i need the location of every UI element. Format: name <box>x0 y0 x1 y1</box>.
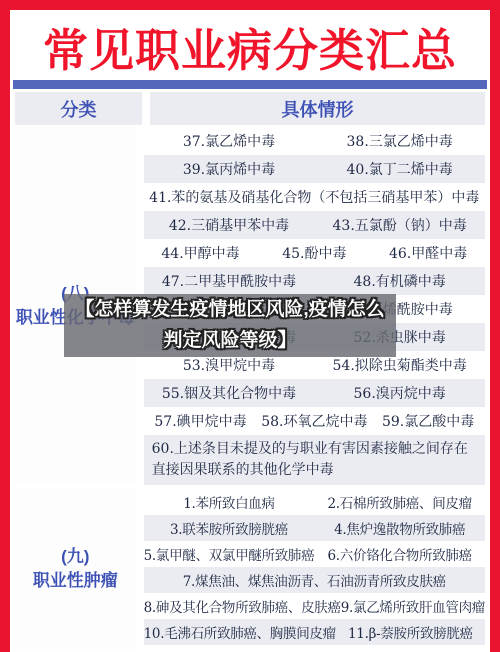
table-row: 37.氯乙烯中毒 38.三氯乙烯中毒 <box>144 127 485 155</box>
disease-item: 9.氯乙烯所致肝血管肉瘤 <box>341 596 485 616</box>
disease-item: 46.甲醛中毒 <box>371 243 485 263</box>
title-divider <box>13 80 487 89</box>
category-name: 职业性肿瘤 <box>33 569 118 593</box>
disease-item: 42.三硝基甲苯中毒 <box>144 215 315 235</box>
column-header-category: 分类 <box>15 92 142 125</box>
table-row: 42.三硝基甲苯中毒 43.五氯酚（钠）中毒 <box>144 211 485 239</box>
category-column: (八) 职业性化学中毒 (九) 职业性肿瘤 <box>15 127 136 649</box>
disease-item: 48.有机磷中毒 <box>314 271 485 291</box>
table-row: 5.氯甲醚、双氯甲醚所致肺癌 6.六价铬化合物所致肺癌 <box>144 541 485 567</box>
watermark-overlay: 【怎样算发生疫情地区风险,疫情怎么 判定风险等级】 <box>64 294 396 357</box>
disease-item: 7.煤焦油、煤焦油沥青、石油沥青所致皮肤癌 <box>144 570 485 590</box>
details-column: 37.氯乙烯中毒 38.三氯乙烯中毒 39.氯丙烯中毒 40.氯丁二烯中毒 41… <box>144 127 485 649</box>
table-row: 7.煤焦油、煤焦油沥青、石油沥青所致皮肤癌 <box>144 567 485 593</box>
category-number: (九) <box>61 545 89 569</box>
disease-item: 47.二甲基甲酰胺中毒 <box>144 271 315 291</box>
disease-item: 38.三氯乙烯中毒 <box>314 131 485 151</box>
disease-item: 4.焦炉逸散物所致肺癌 <box>314 518 485 538</box>
table-row: 1.苯所致白血病 2.石棉所致肺癌、间皮瘤 <box>144 489 485 515</box>
table-row: 55.铟及其化合物中毒 56.溴丙烷中毒 <box>144 379 485 407</box>
table-row: 60.上述条目未提及的与职业有害因素接触之间存在直接因果联系的其他化学中毒 <box>144 435 485 485</box>
disease-item: 56.溴丙烷中毒 <box>314 383 485 403</box>
table-row: 39.氯丙烯中毒 40.氯丁二烯中毒 <box>144 155 485 183</box>
disease-item: 1.苯所致白血病 <box>144 492 315 512</box>
disease-item: 41.苯的氨基及硝基化合物（不包括三硝基甲苯）中毒 <box>144 187 485 207</box>
watermark-line1: 【怎样算发生疫情地区风险,疫情怎么 <box>64 294 396 325</box>
table-row: 41.苯的氨基及硝基化合物（不包括三硝基甲苯）中毒 <box>144 183 485 211</box>
category-cell-9: (九) 职业性肿瘤 <box>15 489 136 649</box>
disease-item: 39.氯丙烯中毒 <box>144 159 315 179</box>
table-row: 8.砷及其化合物所致肺癌、皮肤癌 9.氯乙烯所致肝血管肉瘤 <box>144 593 485 619</box>
disease-item: 2.石棉所致肺癌、间皮瘤 <box>314 492 485 512</box>
disease-item: 44.甲醇中毒 <box>144 243 258 263</box>
disease-item: 45.酚中毒 <box>257 243 371 263</box>
table-row: 47.二甲基甲酰胺中毒 48.有机磷中毒 <box>144 267 485 295</box>
watermark-line2: 判定风险等级】 <box>64 325 396 356</box>
disease-item: 11.β-萘胺所致膀胱癌 <box>336 622 485 642</box>
disease-item: 53.溴甲烷中毒 <box>144 355 315 375</box>
disease-item: 55.铟及其化合物中毒 <box>144 383 315 403</box>
disease-item: 10.毛沸石所致肺癌、胸膜间皮瘤 <box>144 622 336 642</box>
page-title: 常见职业病分类汇总 <box>10 22 490 80</box>
table-row: 44.甲醇中毒 45.酚中毒 46.甲醛中毒 <box>144 239 485 267</box>
disease-item: 60.上述条目未提及的与职业有害因素接触之间存在直接因果联系的其他化学中毒 <box>152 441 468 478</box>
disease-item: 40.氯丁二烯中毒 <box>314 159 485 179</box>
table-row: 10.毛沸石所致肺癌、胸膜间皮瘤 11.β-萘胺所致膀胱癌 <box>144 619 485 645</box>
disease-item: 6.六价铬化合物所致肺癌 <box>314 544 485 564</box>
table-row: 3.联苯胺所致膀胱癌 4.焦炉逸散物所致肺癌 <box>144 515 485 541</box>
column-header-details: 具体情形 <box>150 92 485 125</box>
disease-item: 58.环氧乙烷中毒 <box>257 411 371 431</box>
table-row: 57.碘甲烷中毒 58.环氧乙烷中毒 59.氯乙酸中毒 <box>144 407 485 435</box>
poster-frame: 常见职业病分类汇总 分类 具体情形 (八) 职业性化学中毒 (九) 职业性肿瘤 … <box>0 0 500 652</box>
disease-item: 59.氯乙酸中毒 <box>371 411 485 431</box>
disease-item: 57.碘甲烷中毒 <box>144 411 258 431</box>
disease-item: 3.联苯胺所致膀胱癌 <box>144 518 315 538</box>
disease-item: 8.砷及其化合物所致肺癌、皮肤癌 <box>144 596 341 616</box>
disease-item: 54.拟除虫菊酯类中毒 <box>314 355 485 375</box>
disease-item: 43.五氯酚（钠）中毒 <box>314 215 485 235</box>
table-body: (八) 职业性化学中毒 (九) 职业性肿瘤 37.氯乙烯中毒 38.三氯乙烯中毒… <box>15 127 485 649</box>
table-header-row: 分类 具体情形 <box>15 92 485 125</box>
disease-item: 5.氯甲醚、双氯甲醚所致肺癌 <box>144 544 315 564</box>
disease-item: 37.氯乙烯中毒 <box>144 131 315 151</box>
